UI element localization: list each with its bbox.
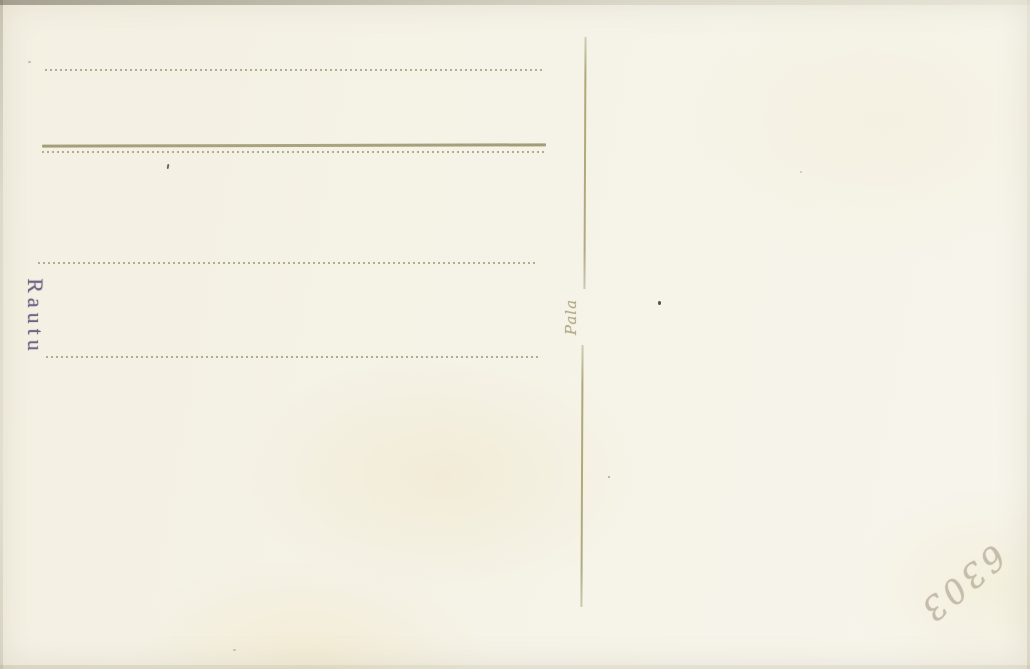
paper-speck [167, 164, 170, 169]
paper-speck [800, 171, 802, 173]
paper-speck [658, 301, 661, 305]
dotted-rule-under-solid [42, 151, 546, 153]
pencil-inscription: 6303 [900, 527, 1023, 640]
dotted-rule-2 [38, 262, 538, 264]
location-stamp: Rautu [22, 270, 48, 364]
publisher-mark: Pala [557, 287, 585, 347]
center-divider-upper [583, 37, 586, 289]
scan-edge-left [0, 0, 3, 669]
paper-speck [608, 476, 610, 478]
dotted-rule-3 [46, 356, 538, 358]
paper-speck [233, 649, 236, 651]
postcard-back-scan: Pala Rautu 6303 [0, 0, 1030, 669]
solid-rule [42, 143, 546, 147]
paper-speck [28, 61, 31, 63]
scan-edge-top [0, 0, 1030, 5]
dotted-rule-1 [45, 69, 545, 71]
scan-edge-bottom [0, 665, 1030, 669]
center-divider-lower [580, 345, 583, 607]
